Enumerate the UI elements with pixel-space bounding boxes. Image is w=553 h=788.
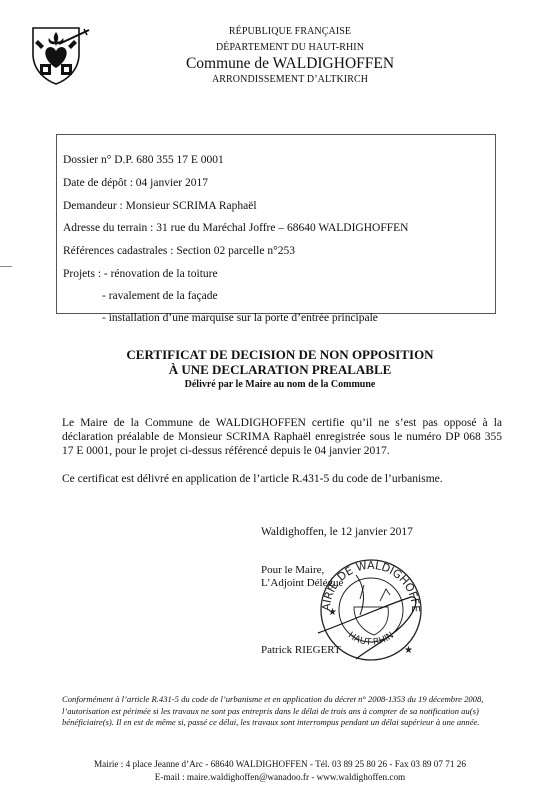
certificate-paragraph: Le Maire de la Commune de WALDIGHOFFEN c… [62, 416, 502, 458]
header-republic: RÉPUBLIQUE FRANÇAISE [130, 26, 450, 37]
header-commune: Commune de WALDIGHOFFEN [130, 55, 450, 73]
place-date: Waldighoffen, le 12 janvier 2017 [261, 526, 413, 538]
legal-basis-paragraph: Ce certificat est délivré en application… [62, 472, 502, 486]
certificate-title-line2: À UNE DECLARATION PREALABLE [60, 362, 500, 378]
deposit-date: Date de dépôt : 04 janvier 2017 [63, 177, 208, 189]
land-address: Adresse du terrain : 31 rue du Maréchal … [63, 222, 408, 234]
svg-text:MAIRIE DE WALDIGHOFFEN: MAIRIE DE WALDIGHOFFEN [316, 555, 422, 612]
cadastral-references: Références cadastrales : Section 02 parc… [63, 245, 295, 257]
footer-contact: E-mail : maire.waldighoffen@wanadoo.fr -… [20, 771, 540, 783]
svg-text:HAUT-RHIN: HAUT-RHIN [346, 631, 396, 648]
project-item: - ravalement de la façade [102, 290, 218, 302]
svg-text:★: ★ [328, 607, 337, 618]
header-arrondissement: ARRONDISSEMENT D’ALTKIRCH [130, 74, 450, 85]
for-mayor: Pour le Maire, [261, 564, 324, 576]
header-department: DÉPARTEMENT DU HAUT-RHIN [130, 42, 450, 53]
footer-address: Mairie : 4 place Jeanne d’Arc - 68640 WA… [20, 758, 540, 770]
dossier-number: Dossier n° D.P. 680 355 17 E 0001 [63, 154, 224, 166]
certificate-title-line1: CERTIFICAT DE DECISION DE NON OPPOSITION [60, 347, 500, 363]
applicant: Demandeur : Monsieur SCRIMA Raphaël [63, 200, 257, 212]
coat-of-arms-icon [29, 24, 91, 86]
project-item: - installation d’une marquise sur la por… [102, 312, 378, 324]
projects-label: Projets : - rénovation de la toiture [63, 268, 218, 280]
svg-text:★: ★ [404, 645, 413, 656]
certificate-subtitle: Délivré par le Maire au nom de la Commun… [60, 379, 500, 390]
legal-notice: Conformément à l’article R.431-5 du code… [62, 694, 514, 729]
margin-mark [0, 266, 12, 267]
official-stamp-icon: MAIRIE DE WALDIGHOFFEN HAUT-RHIN ★ ★ [316, 555, 426, 665]
